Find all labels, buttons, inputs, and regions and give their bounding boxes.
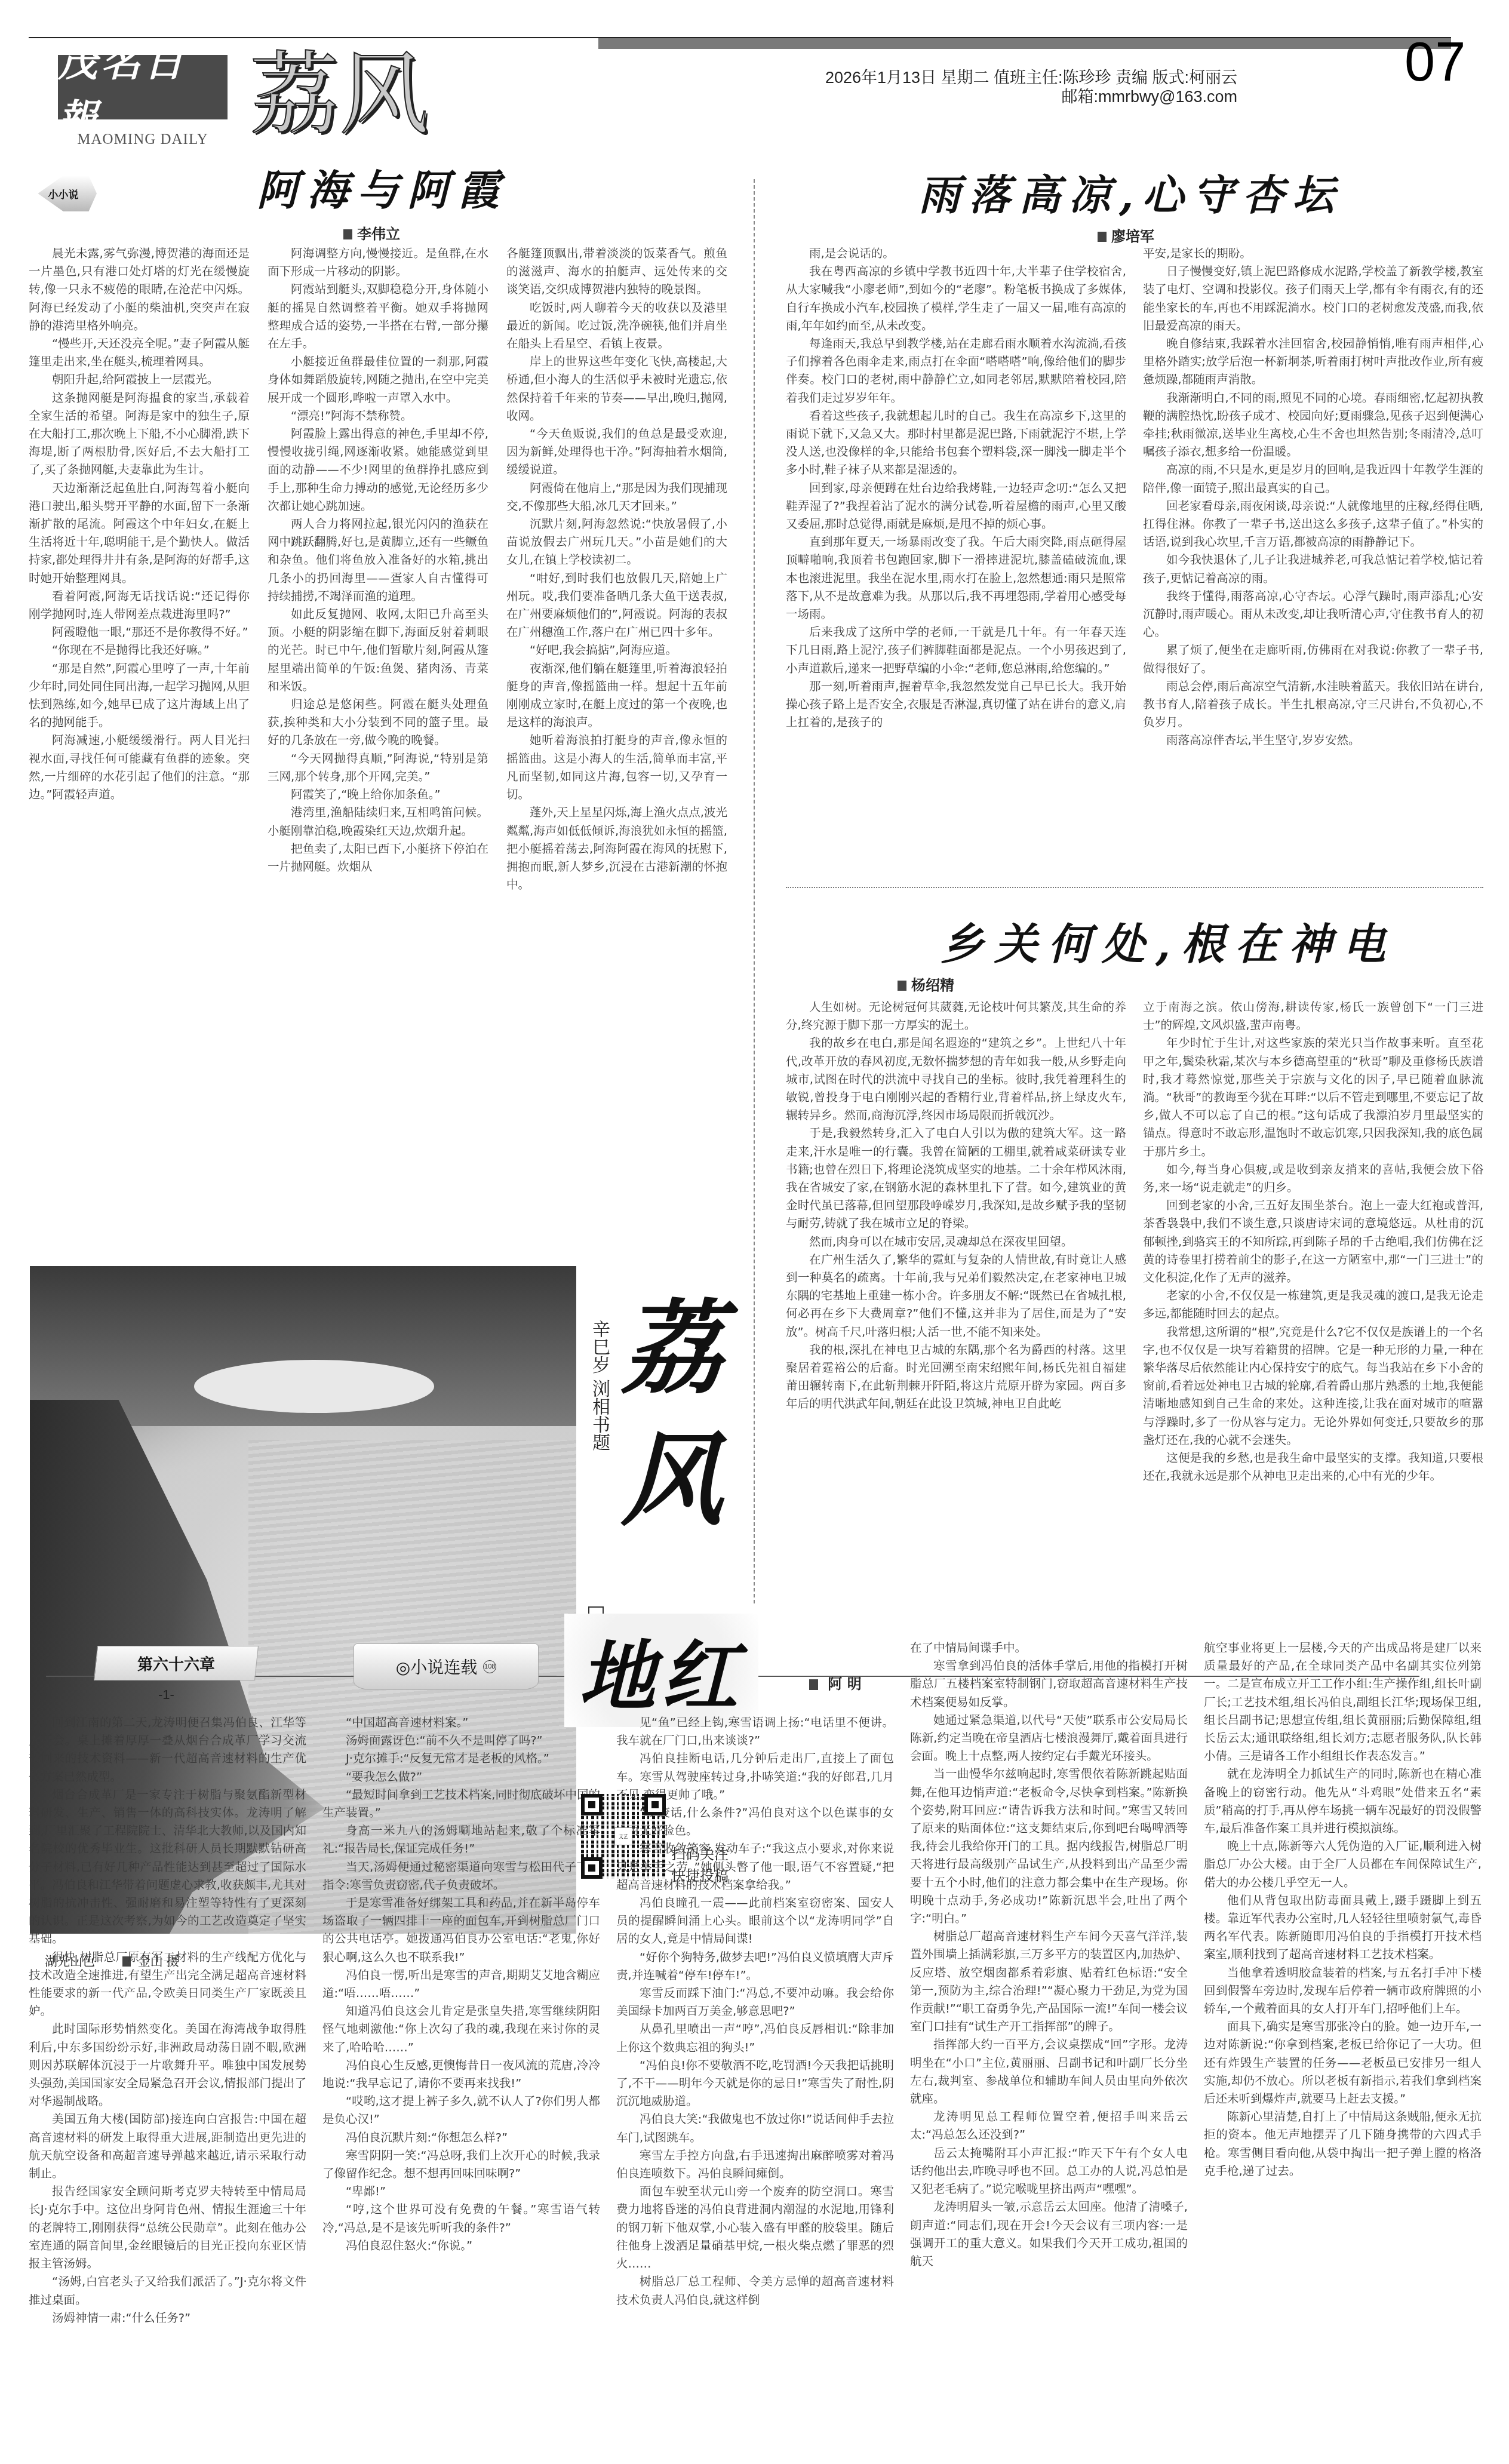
paragraph: 树脂总厂超高音速材料生产车间今天喜气洋洋,装置外围墙上插满彩旗,三万多平方的装置… [910, 1928, 1188, 2036]
paragraph: 我在粤西高凉的乡镇中学教书近四十年,大半辈子住学校宿舍,从大家喊我“小廖老师”,… [786, 263, 1126, 335]
category-badge: 小小说 [30, 176, 97, 211]
paragraph: 于是,我毅然转身,汇入了电白人引以为傲的建筑大军。这一路走来,汗水是唯一的行囊。… [786, 1125, 1126, 1233]
paragraph: 立于南海之滨。依山傍海,耕读传家,杨氏一族曾创下“一门三进士”的辉煌,文风炽盛,… [1143, 998, 1483, 1034]
paragraph: “你现在不是抛得比我还好嘛。” [29, 641, 250, 659]
paragraph: 人生如树。无论树冠何其葳蕤,无论枝叶何其繁茂,其生命的养分,终究源于脚下那一方厚… [786, 998, 1126, 1034]
paragraph: “好你个狗特务,做梦去吧!”冯伯良义愤填膺大声斥责,并连喊着“停车!停车!”。 [616, 1949, 894, 1984]
paragraph: 阿霞瞪他一眼,“那还不是你教得不好。” [29, 623, 250, 641]
paragraph: 老家的小舍,不仅仅是一栋建筑,更是我灵魂的渡口,是我无论走多远,都能随时回去的起… [1143, 1287, 1483, 1323]
paragraph: “要我怎么做?” [322, 1768, 600, 1786]
serial-column-label: ◎小说连载 [396, 1655, 477, 1679]
serial-column-5: 航空事业将更上一层楼,今天的产出成品将是建厂以来质量最好的产品,在全球同类产品中… [1204, 1639, 1482, 2448]
paragraph: 在了中情局间谍手中。 [910, 1639, 1188, 1657]
article-byline-hometown: 杨绍精 [898, 973, 954, 994]
serial-byline: 阿 明 [809, 1672, 862, 1693]
paragraph: 此时国际形势悄然变化。美国在海湾战争取得胜利后,中东多国纷纷示好,非洲政局动荡日… [29, 2020, 306, 2110]
paragraph: 蓬外,天上星星闪烁,海上渔火点点,波光粼粼,海声如低低倾诉,海浪犹如永恒的摇篮,… [506, 804, 727, 894]
calligraphy-inscription: 辛巳岁 浏相书题 [588, 1320, 610, 1451]
paragraph: 他们从背包取出防毒面具戴上,蹑手蹑脚上到五楼。靠近军代表办公室时,几人轻轻往里喷… [1204, 1892, 1482, 1964]
serial-issue-number: 108 [483, 1660, 496, 1673]
paragraph: 回到家,母亲便蹲在灶台边给我烤鞋,一边轻声念叨:“怎么又把鞋弄湿了?”我捏着沾了… [786, 480, 1126, 534]
paragraph: 阿海调整方向,慢慢接近。是鱼群,在水面下形成一片移动的阴影。 [268, 245, 488, 281]
paragraph: 寒雪拿到冯伯良的活体手掌后,用他的指模打开树脂总厂五楼档案室特制钢门,窃取超高音… [910, 1657, 1188, 1712]
square-bullet-icon [809, 1679, 818, 1690]
paragraph: 知道冯伯良这会儿肯定是张皇失措,寒雪继续阴阳怪气地刺激他:“你上次勾了我的魂,我… [322, 2002, 600, 2057]
paragraph: 朝阳升起,给阿霞披上一层霞光。 [29, 371, 250, 389]
paragraph: 雨总会停,雨后高凉空气清新,水洼映着蓝天。我依旧站在讲台,教书育人,陪着孩子成长… [1143, 678, 1483, 732]
paragraph: 岸上的世界这些年变化飞快,高楼起,大桥通,但小海人的生活似乎未被时光遗忘,依然保… [506, 353, 727, 425]
paragraph: 我常想,这所谓的“根”,究竟是什么?它不仅仅是族谱上的一个名字,也不仅仅是一块写… [1143, 1323, 1483, 1449]
qr-finder-icon [644, 1794, 666, 1815]
paragraph: 冯伯良瞳孔一震——此前档案室窃密案、国安人员的提醒瞬间涌上心头。眼前这个以“龙涛… [616, 1894, 894, 1949]
article-a-hai-column-1: 晨光未露,雾气弥漫,博贺港的海面还是一片墨色,只有港口处灯塔的灯光在缓慢旋转,像… [29, 245, 250, 1218]
paragraph: 年少时忙于生计,对这些家族的荣光只当作故事来听。直至花甲之年,鬓染秋霜,某次与本… [1143, 1034, 1483, 1160]
paragraph: 龙涛明眉头一皱,示意岳云太回座。他清了清嗓子,朗声道:“同志们,现在开会!今天会… [910, 2198, 1188, 2271]
paragraph: 晚自修结束,我踩着水洼回宿舍,校园静悄悄,唯有雨声相伴,心里格外踏实;放学后泡一… [1143, 335, 1483, 389]
paragraph: 陈新心里清楚,自打上了中情局这条贼船,便永无抗拒的资本。他无声地摆弄了几下随身携… [1204, 2108, 1482, 2180]
paragraph: 冯伯良沉默片刻:“你想怎么样?” [322, 2129, 600, 2147]
paragraph: 两人合力将网拉起,银光闪闪的渔获在网中跳跃翻腾,好乜,是黄脚立,还有一些鳜鱼和杂… [268, 515, 488, 606]
serial-author: 阿 明 [828, 1676, 861, 1692]
paragraph: 在广州生活久了,繁华的霓虹与复杂的人情世故,有时竟让人感到一种莫名的疏离。十年前… [786, 1251, 1126, 1341]
paragraph: 当他拿着透明胶盒装着的档案,与五名打手冲下楼回到假警车旁边时,发现车后停着一辆市… [1204, 1964, 1482, 2018]
badge-label: 小小说 [30, 176, 97, 211]
paragraph: 回老家看母亲,雨夜闲谈,母亲说:“人就像地里的庄稼,经得住晒,扛得住淋。你教了一… [1143, 497, 1483, 552]
paragraph: 回到老家的小舍,三五好友围坐茶台。泡上一壶大红袍或普洱,茶香袅袅中,我们不谈生意… [1143, 1197, 1483, 1287]
paragraph: 沉默片刻,阿海忽然说:“快放暑假了,小苗说放假去广州玩几天。”小苗是她们的大女儿… [506, 515, 727, 570]
paragraph: 龙涛明见总工程师位置空着,便招手叫来岳云太:“冯总怎么还没到?” [910, 2108, 1188, 2144]
paragraph: 雨落高凉伴杏坛,半生坚守,岁岁安然。 [1143, 732, 1483, 749]
paragraph: 树脂总厂总工程师、令美方忌惮的超高音速材料技术负责人冯伯良,就这样倒 [616, 2273, 894, 2309]
serial-column-3: 见“鱼”已经上钩,寒雪语调上扬:“电话里不便讲。我车就在厂门口,出来谈谈?” 冯… [616, 1714, 894, 2448]
section-title: 荔风 [250, 50, 429, 140]
paragraph: 我的故乡在电白,那是闻名遐迩的“建筑之乡”。上世纪八十年代,改革开放的春风初度,… [786, 1034, 1126, 1125]
serial-column-2: “中国超高音速材料案。” 汤姆面露讶色:“前不久不是叫停了吗?” J·克尔摊手:… [322, 1714, 600, 2448]
article-rain-column-1: 雨,是会说话的。 我在粤西高凉的乡镇中学教书近四十年,大半辈子住学校宿舍,从大家… [786, 245, 1126, 842]
paragraph: “漂亮!”阿海不禁称赞。 [268, 407, 488, 425]
paragraph: 这条抛网艇是阿海揾食的家当,承载着全家生活的希望。阿海是家中的独生子,原在大船打… [29, 389, 250, 480]
paragraph: 后来我成了这所中学的老师,一干就是几十年。有一年春天连下几日雨,路上泥泞,孩子们… [786, 623, 1126, 678]
paragraph: 寒雪左手控方向盘,右手迅速掏出麻醉喷雾对着冯伯良连喷数下。冯伯良瞬间瘫倒。 [616, 2147, 894, 2183]
paragraph: 指挥部大约一百平方,会议桌摆成“回”字形。龙涛明坐在“小口”主位,黄丽丽、吕副书… [910, 2036, 1188, 2108]
paragraph: 夜渐深,他们躺在艇篷里,听着海浪轻拍艇身的声音,像摇篮曲一样。想起十五年前刚刚成… [506, 660, 727, 732]
paragraph: 平安,是家长的期盼。 [1143, 245, 1483, 263]
paragraph: 各艇篷顶飘出,带着淡淡的饭菜香气。煎鱼的滋滋声、海水的拍艇声、远处传来的交谈笑语… [506, 245, 727, 299]
paragraph: 我渐渐明白,不同的雨,照见不同的心境。春雨细密,忆起初执教鞭的满腔热忱,盼孩子成… [1143, 389, 1483, 462]
paragraph: 小艇接近鱼群最佳位置的一刹那,阿霞身体如舞蹈般旋转,网随之抛出,在空中完美展开成… [268, 353, 488, 407]
paragraph: 晚上十点,陈新等六人凭伪造的入厂证,顺利进入树脂总厂办公大楼。由于全厂人员都在车… [1204, 1838, 1482, 1892]
paragraph: 归途总是悠闲些。阿霞在艇头处理鱼获,挨种类和大小分装到不同的篮子里。最好的几条放… [268, 696, 488, 750]
paragraph: 烟台合成革厂是一家专注于树脂与聚氨酯新型材料研发、生产、销售一体的高科技实体。龙… [29, 1786, 306, 1949]
paragraph: 我终于懂得,雨落高凉,心守杏坛。心浮气躁时,雨声添乱;心安沉静时,雨声暖心。雨从… [1143, 588, 1483, 642]
page-number: 07 [1404, 35, 1465, 90]
qr-finder-icon [581, 1857, 603, 1879]
paragraph: 汤姆神情一肃:“什么任务?” [29, 2309, 306, 2327]
paragraph: “最短时间拿到工艺技术档案,同时彻底破坏中国的生产装置。” [322, 1786, 600, 1822]
paragraph: 冯伯良一愣,听出是寒雪的声音,期期艾艾地含糊应道:“唔……唔……” [322, 1967, 600, 2002]
article-title-a-hai: 阿海与阿霞 [257, 170, 508, 211]
paragraph: 我的根,深扎在神电卫古城的东隅,那个名为爵西的村落。这里聚居着霆裕公的后裔。时光… [786, 1341, 1126, 1414]
paragraph: 累了烦了,便坐在走廊听雨,仿佛雨在对我说:你教了一辈子书,做得很好了。 [1143, 641, 1483, 677]
paragraph: 很快,树脂总厂原有军工材料的生产线配方优化与技术改造全速推进,有望生产出完全满足… [29, 1949, 306, 2021]
paragraph: J·克尔摊手:“反复无常才是老板的风格。” [322, 1750, 600, 1768]
paragraph: 就在龙涛明全力抓试生产的同时,陈新也在精心准备晚上的窃密行动。他先从“斗鸡眼”处… [1204, 1765, 1482, 1838]
paragraph: 阿海减速,小艇缓缓滑行。两人目光扫视水面,寻找任何可能藏有鱼群的迹象。突然,一片… [29, 732, 250, 804]
article-title-hometown: 乡关何处,根在神电 [941, 923, 1396, 966]
paragraph: 高凉的雨,不只是水,更是岁月的回响,是我近四十年教学生涯的陪伴,像一面镜子,照出… [1143, 461, 1483, 497]
paragraph: “冯伯良!你不要敬酒不吃,吃罚酒!今天我把话挑明了,不干——明年今天就是你的忌日… [616, 2057, 894, 2111]
paragraph: 如今,每当身心俱疲,或是收到亲友捎来的喜帖,我便会放下俗务,来一场“说走就走”的… [1143, 1161, 1483, 1197]
paragraph: “汤姆,白宫老头子又给我们派活了。”J·克尔将文件推过桌面。 [29, 2273, 306, 2309]
masthead-gray-bar [598, 38, 1451, 49]
article-byline-a-hai: 李伟立 [343, 222, 400, 243]
serial-column-4: 在了中情局间谍手中。 寒雪拿到冯伯良的活体手掌后,用他的指模打开树脂总厂五楼档案… [910, 1639, 1188, 2448]
qr-center-logo: 文艺 [614, 1827, 632, 1845]
paragraph: 于是寒雪准备好绑架工具和药品,并在新半岛停车场盗取了一辆四排十一座的面包车,开到… [322, 1894, 600, 1967]
paragraph: 岳云太掩嘴附耳小声汇报:“昨天下午有个女人电话约他出去,昨晚寻呼也不回。总工办的… [910, 2145, 1188, 2199]
calligraphy-section-name: 荔风 [609, 1283, 734, 1547]
paragraph: 当天,汤姆便通过秘密渠道向寒雪与松田代子下达指令:寒雪负责窃密,代子负责破坏。 [322, 1858, 600, 1894]
article-rain-column-2: 平安,是家长的期盼。 日子慢慢变好,镇上泥巴路修成水泥路,学校盖了新教学楼,教室… [1143, 245, 1483, 842]
paragraph: 当一曲慢华尔兹响起时,寒雪偎依着陈新跳起贴面舞,在他耳边悄声道:“老板命令,尽快… [910, 1765, 1188, 1928]
paper-logo: 茂名日報 [58, 55, 228, 119]
chapter-label: 第六十六章 [137, 1652, 215, 1675]
paragraph: “今天鱼贩说,我们的鱼总是最受欢迎,因为新鲜,处理得也干净。”阿海抽着水烟筒,缓… [506, 425, 727, 480]
part-number: -1- [158, 1687, 174, 1703]
paragraph: 美国五角大楼(国防部)接连向白宫报告:中国在超高音速材料的研发上取得重大进展,距… [29, 2110, 306, 2183]
article-title-rain: 雨落高凉,心守杏坛 [918, 174, 1342, 216]
qr-finder-icon [581, 1794, 603, 1815]
paragraph: 寒雪阴阴一笑:“冯总呀,我们上次开心的时候,我录了像留作纪念。想不想再回味回味啊… [322, 2147, 600, 2183]
paragraph: 寒雪反而踩下油门:“冯总,不要冲动嘛。我会给你美国绿卡加两百万美金,够意思吧?” [616, 1984, 894, 2020]
paragraph: “咁好,到时我们也放假几天,陪她上广州玩。哎,我们要准备晒几条大鱼干送表叔,在广… [506, 570, 727, 642]
paragraph: “卑鄙!” [322, 2183, 600, 2201]
paper-logo-english: MAOMING DAILY [58, 131, 228, 148]
paragraph: 面包车驶至状元山旁一个废弃的防空洞口。寒雪费力地将昏迷的冯伯良背进洞内潮湿的水泥… [616, 2183, 894, 2273]
serial-column-tag: ◎小说连载 108 [354, 1643, 539, 1690]
serial-title: 地红 [564, 1614, 758, 1727]
paragraph: 每逢雨天,我总早到教学楼,站在走廊看雨水顺着水沟流淌,看孩子们撑着各色雨伞走来,… [786, 335, 1126, 407]
paragraph: 看着阿霞,阿海无话找话说:“还记得你刚学抛网时,连人带网差点栽进海里吗?” [29, 588, 250, 623]
paragraph: 回到江南的第二天,龙涛明便召集冯伯良、江华等人开会。桌上摊着厚厚一叠从烟台合成革… [29, 1714, 306, 1786]
paragraph: 然而,肉身可以在城市安居,灵魂却总在深夜里回望。 [786, 1233, 1126, 1251]
photo-sandbar [194, 1360, 435, 1413]
article-a-hai-column-3: 各艇篷顶飘出,带着淡淡的饭菜香气。煎鱼的滋滋声、海水的拍艇声、远处传来的交谈笑语… [506, 245, 727, 1218]
paragraph: “那是自然”,阿霞心里哼了一声,十年前少年时,同处同住同出海,一起学习抛网,从胆… [29, 660, 250, 732]
paragraph: 这便是我的乡愁,也是我生命中最坚实的支撑。我知道,只要根还在,我就永远是那个从神… [1143, 1449, 1483, 1485]
paragraph: 见“鱼”已经上钩,寒雪语调上扬:“电话里不便讲。我车就在厂门口,出来谈谈?” [616, 1714, 894, 1750]
paragraph: 直到那年夏天,一场暴雨改变了我。午后大雨突降,雨点砸得屋顶噼啪响,我顶着书包跑回… [786, 533, 1126, 623]
paragraph: 阿霞站到艇头,双脚稳稳分开,身体随小艇的摇晃自然调整着平衡。她双手将抛网整理成合… [268, 281, 488, 353]
article-separator [786, 887, 1483, 888]
paragraph: 雨,是会说话的。 [786, 245, 1126, 263]
paragraph: “哼,这个世界可没有免费的午餐。”寒雪语气转冷,“冯总,是不是该先听听我的条件?… [322, 2201, 600, 2236]
paragraph: “中国超高音速材料案。” [322, 1714, 600, 1732]
paragraph: 报告经国家安全顾问斯考克罗夫特转至中情局局长J·克尔手中。这位出身阿肯色州、情报… [29, 2183, 306, 2273]
article-hometown-column-1: 人生如树。无论树冠何其葳蕤,无论枝叶何其繁茂,其生命的养分,终究源于脚下那一方厚… [786, 998, 1126, 1599]
paragraph: 日子慢慢变好,镇上泥巴路修成水泥路,学校盖了新教学楼,教室装了电灯、空调和投影仪… [1143, 263, 1483, 335]
paragraph: 汤姆面露讶色:“前不久不是叫停了吗?” [322, 1732, 600, 1750]
paragraph: 如此反复抛网、收网,太阳已升高至头顶。小艇的阴影缩在脚下,海面反射着刺眼的光芒。… [268, 606, 488, 696]
paragraph: 港湾里,渔船陆续归来,互相鸣笛问候。小艇刚靠泊稳,晚霞染红天边,炊烟升起。 [268, 804, 488, 840]
chapter-tag: 第六十六章 [94, 1646, 259, 1680]
paragraph: 冯伯良大笑:“我做鬼也不放过你!”说话间伸手去拉车门,试图跳车。 [616, 2110, 894, 2146]
paragraph: 冯伯良心生反感,更懊悔昔日一夜风流的荒唐,冷冷地说:“我早忘记了,请你不要再来找… [322, 2057, 600, 2093]
paragraph: 从鼻孔里喷出一声“哼”,冯伯良反唇相讥:“除非加上你这个数典忘祖的狗头!” [616, 2020, 894, 2056]
paragraph: 那一刻,听着雨声,握着草伞,我忽然发觉自己早已长大。我开始操心孩子路上是否安全,… [786, 678, 1126, 732]
paragraph: 阿霞脸上露出得意的神色,手里却不停,慢慢收拢引绳,网逐渐收紧。她能感觉到里面的动… [268, 425, 488, 515]
column-separator [754, 179, 755, 1603]
paragraph: 天边渐渐泛起鱼肚白,阿海驾着小艇向港口驶出,船头劈开平静的水面,留下一条渐渐扩散… [29, 480, 250, 588]
paragraph: 晨光未露,雾气弥漫,博贺港的海面还是一片墨色,只有港口处灯塔的灯光在缓慢旋转,像… [29, 245, 250, 335]
paragraph: 身高一米九八的汤姆唰地站起来,敬了个标准军礼:“报告局长,保证完成任务!” [322, 1822, 600, 1858]
paragraph: “今天网抛得真顺,”阿海说,“特别是第三网,那个转身,那个开网,完美。” [268, 750, 488, 786]
paragraph: 看着这些孩子,我就想起儿时的自己。我生在高凉乡下,这里的雨说下就下,又急又大。那… [786, 407, 1126, 480]
article-a-hai-column-2: 阿海调整方向,慢慢接近。是鱼群,在水面下形成一片移动的阴影。 阿霞站到艇头,双脚… [268, 245, 488, 1218]
paragraph: 寒雪收敛笑容,发动车子:“我这点小要求,对你来说只是举手之劳。”她侧头瞥了他一眼… [616, 1840, 894, 1894]
paragraph: 把鱼卖了,太阳已西下,小艇挤下停泊在一片抛网艇。炊烟从 [268, 840, 488, 876]
paragraph: “慢些开,天还没亮全呢。”妻子阿霞从艇篷里走出来,坐在艇头,梳理着网具。 [29, 335, 250, 371]
paragraph: “好吧,我会搞掂”,阿海应道。 [506, 641, 727, 659]
paragraph: 航空事业将更上一层楼,今天的产出成品将是建厂以来质量最好的产品,在全球同类产品中… [1204, 1639, 1482, 1765]
paragraph: 阿霞笑了,“晚上给你加条鱼。” [268, 786, 488, 804]
paragraph: 吃饭时,两人聊着今天的收获以及港里最近的新闻。吃过饭,洗净碗筷,他们并肩坐在船头… [506, 299, 727, 354]
paragraph: 阿霞倚在他肩上,“那是因为我们现捕现交,不像那些大船,冰几天才回来。” [506, 480, 727, 515]
paragraph: 她通过紧急渠道,以代号“天使”联系市公安局局长陈新,约定当晚在帝皇酒店七楼浪漫舞… [910, 1712, 1188, 1766]
article-byline-rain: 廖培军 [1098, 225, 1154, 245]
paragraph: 如今我快退休了,儿子让我进城养老,可我总惦记着学校,惦记着孩子,更惦记着高凉的雨… [1143, 551, 1483, 587]
paragraph: “哎哟,这才提上裤子多久,就不认人了?你们男人都是负心汉!” [322, 2093, 600, 2128]
paragraph: 她听着海浪拍打艇身的声音,像永恒的摇篮曲。这是小海人的生活,简单而丰富,平凡而坚… [506, 732, 727, 804]
paragraph: 冯伯良忍住怒火:“你说。” [322, 2237, 600, 2255]
article-hometown-column-2: 立于南海之滨。依山傍海,耕读传家,杨氏一族曾创下“一门三进士”的辉煌,文风炽盛,… [1143, 998, 1483, 1599]
paragraph: 面具下,确实是寒雪那张冷白的脸。她一边开车,一边对陈新说:“你拿到档案,老板已给… [1204, 2018, 1482, 2108]
serial-column-1: 回到江南的第二天,龙涛明便召集冯伯良、江华等人开会。桌上摊着厚厚一叠从烟台合成革… [29, 1714, 306, 2448]
contact-email: 邮箱:mmrbwy@163.com [1062, 84, 1237, 107]
